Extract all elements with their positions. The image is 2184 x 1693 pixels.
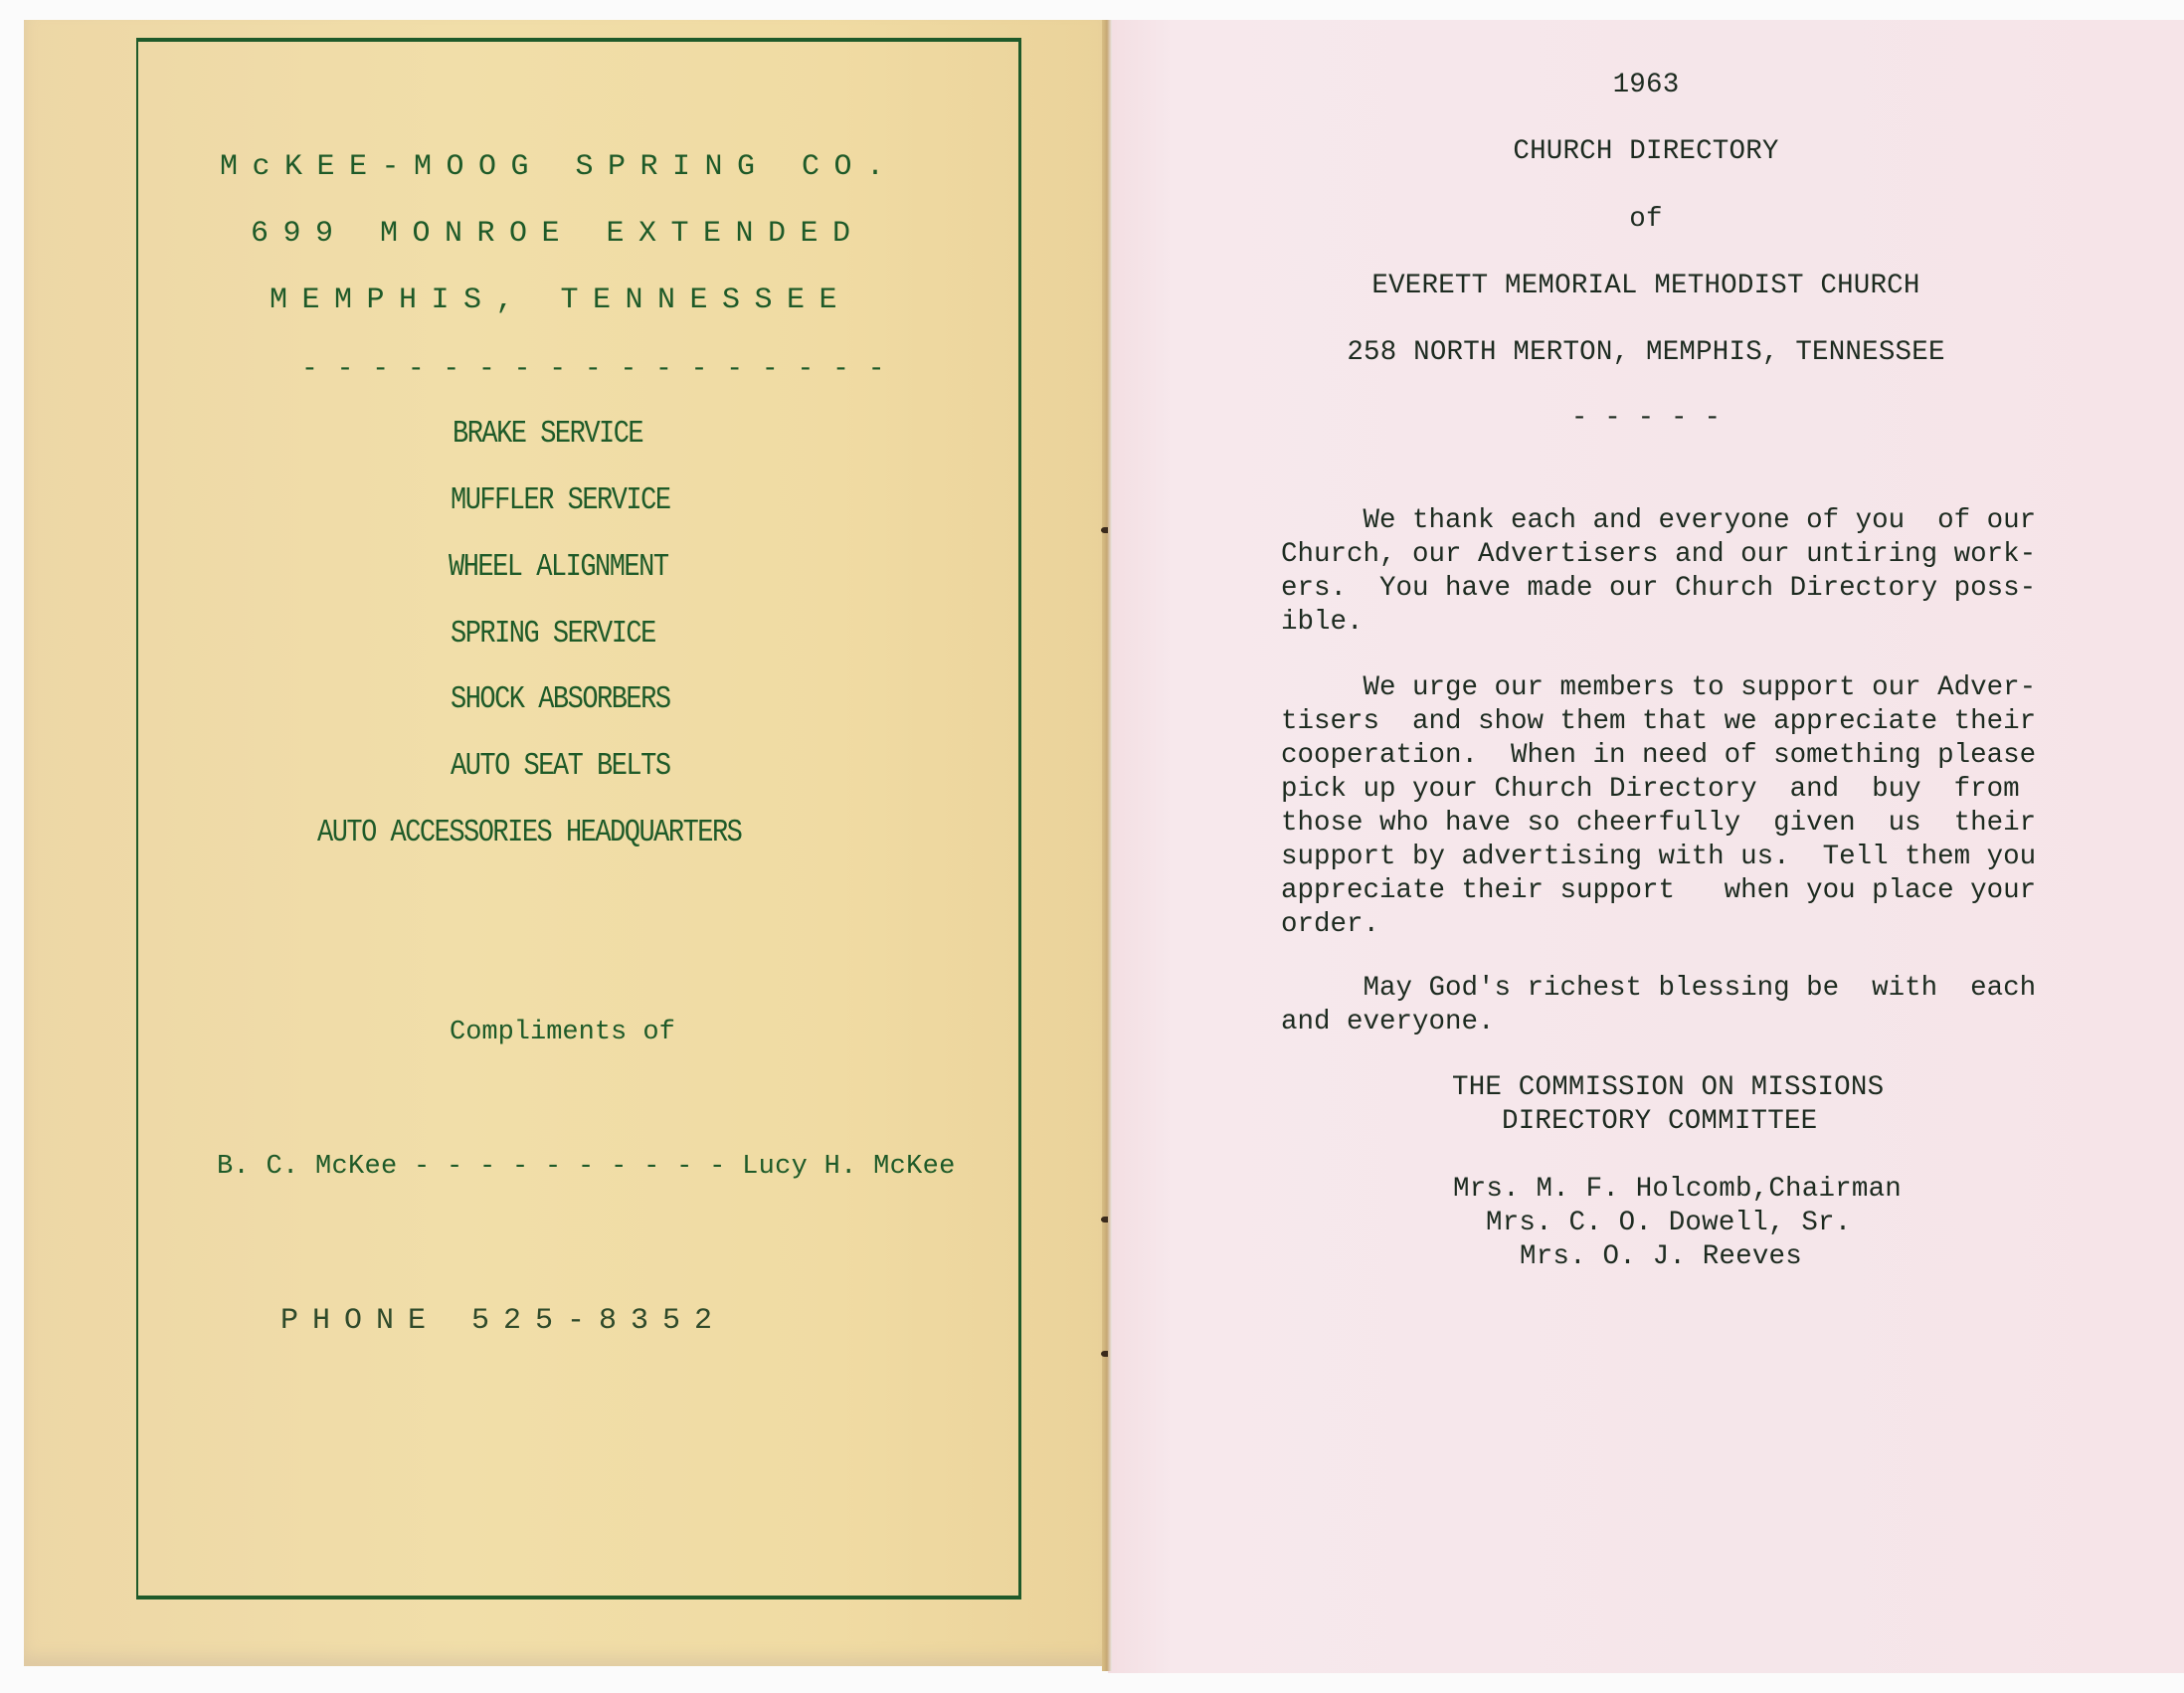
paragraph-line: cooperation. When in need of something p… <box>1281 742 2051 770</box>
paragraph-line: order. <box>1281 911 2051 939</box>
directory-title: CHURCH DIRECTORY <box>1108 138 2184 166</box>
directory-of: of <box>1108 206 2184 234</box>
ad-separator: - - - - - - - - - - - - - - - - - <box>301 356 886 384</box>
paragraph-line: ers. You have made our Church Directory … <box>1281 575 2051 603</box>
company-name: McKEE-MOOG SPRING CO. <box>220 152 899 182</box>
staple-mark <box>1101 1351 1108 1357</box>
compliments-of: Compliments of <box>450 1020 675 1046</box>
paragraph-line: We thank each and everyone of you of our <box>1281 507 2051 535</box>
service-item: SHOCK ABSORBERS <box>451 685 670 716</box>
booklet-spine <box>1102 20 1112 1671</box>
committee-member: Mrs. C. O. Dowell, Sr. <box>1486 1210 1851 1237</box>
paragraph-line: support by advertising with us. Tell the… <box>1281 844 2051 871</box>
committee-member: Mrs. O. J. Reeves <box>1520 1243 1802 1271</box>
company-city: MEMPHIS, TENNESSEE <box>270 285 851 315</box>
church-address: 258 NORTH MERTON, MEMPHIS, TENNESSEE <box>1108 339 2184 367</box>
staple-mark <box>1101 1217 1108 1223</box>
paragraph-line: May God's richest blessing be with each <box>1281 975 2051 1003</box>
paragraph-line: those who have so cheerfully given us th… <box>1281 810 2051 838</box>
committee-line: DIRECTORY COMMITTEE <box>1502 1108 1817 1136</box>
directory-separator: - - - - - <box>1108 405 2184 433</box>
paragraph-line: and everyone. <box>1281 1009 2051 1036</box>
paragraph-line: ible. <box>1281 609 2051 637</box>
service-item: AUTO ACCESSORIES HEADQUARTERS <box>317 819 741 849</box>
service-item: MUFFLER SERVICE <box>451 486 670 517</box>
service-item: AUTO SEAT BELTS <box>451 752 670 783</box>
church-name: EVERETT MEMORIAL METHODIST CHURCH <box>1108 273 2184 300</box>
service-item: BRAKE SERVICE <box>453 420 642 451</box>
staple-mark <box>1101 527 1108 533</box>
paragraph-line: We urge our members to support our Adver… <box>1281 674 2051 702</box>
paragraph-line: tisers and show them that we appreciate … <box>1281 708 2051 736</box>
owners-line: B. C. McKee - - - - - - - - - - Lucy H. … <box>217 1154 956 1181</box>
paragraph-line: appreciate their support when you place … <box>1281 877 2051 905</box>
committee-line: THE COMMISSION ON MISSIONS <box>1452 1074 1884 1102</box>
committee-member: Mrs. M. F. Holcomb,Chairman <box>1453 1176 1902 1204</box>
phone-number: PHONE 525-8352 <box>280 1306 726 1336</box>
service-item: WHEEL ALIGNMENT <box>449 553 668 584</box>
paragraph-line: pick up your Church Directory and buy fr… <box>1281 776 2051 804</box>
company-address: 699 MONROE EXTENDED <box>251 219 865 249</box>
paragraph-line: Church, our Advertisers and our untiring… <box>1281 541 2051 569</box>
service-item: SPRING SERVICE <box>451 620 655 651</box>
directory-year: 1963 <box>1108 72 2184 99</box>
